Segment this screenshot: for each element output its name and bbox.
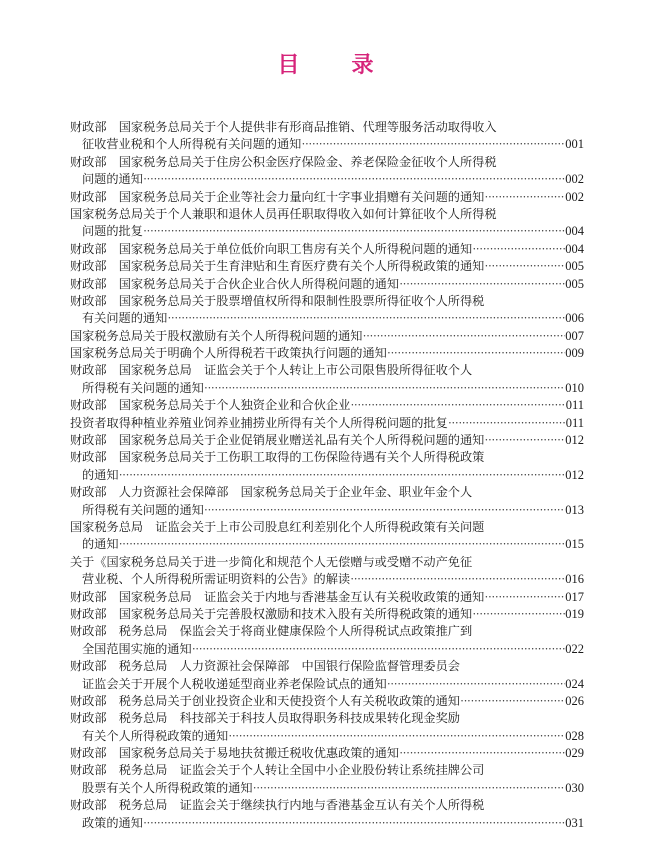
toc-page-number: 011 xyxy=(566,415,584,432)
toc-entry-line: 财政部 税务总局关于创业投资企业和天使投资个人有关税收政策的通知026 xyxy=(70,693,584,710)
toc-entry[interactable]: 财政部 税务总局 证监会关于个人转让全国中小企业股份转让系统挂牌公司股票有关个人… xyxy=(70,762,584,797)
toc-entry-title: 国家税务总局关于股权激励有关个人所得税问题的通知 xyxy=(70,328,363,345)
dot-leader xyxy=(204,380,565,397)
toc-entry[interactable]: 财政部 税务总局 保监会关于将商业健康保险个人所得税试点政策推广到全国范围实施的… xyxy=(70,623,584,658)
dot-leader xyxy=(484,589,565,606)
toc-entry-line: 国家税务总局关于股权激励有关个人所得税问题的通知007 xyxy=(70,328,584,345)
dot-leader xyxy=(119,467,566,484)
toc-page-number: 031 xyxy=(565,815,584,832)
dot-leader xyxy=(387,345,565,362)
toc-entry[interactable]: 财政部 国家税务总局关于个人提供非有形商品推销、代理等服务活动取得收入征收营业税… xyxy=(70,119,584,154)
toc-entry-title: 政策的通知 xyxy=(82,815,143,832)
toc-entry-title: 财政部 国家税务总局关于个人独资企业和合伙企业 xyxy=(70,397,350,414)
toc-entry[interactable]: 财政部 国家税务总局关于合伙企业合伙人所得税问题的通知005 xyxy=(70,276,584,293)
toc-entry-line: 财政部 国家税务总局关于个人提供非有形商品推销、代理等服务活动取得收入 xyxy=(70,119,584,136)
toc-entry-title: 财政部 国家税务总局关于股票增值权所得和限制性股票所得征收个人所得税 xyxy=(70,293,484,310)
dot-leader xyxy=(204,502,565,519)
toc-page-number: 029 xyxy=(565,745,584,762)
toc-page-number: 022 xyxy=(565,641,584,658)
toc-entry-title: 财政部 税务总局 证监会关于继续执行内地与香港基金互认有关个人所得税 xyxy=(70,797,484,814)
dot-leader xyxy=(472,606,565,623)
toc-entry-title: 财政部 国家税务总局 证监会关于内地与香港基金互认有关税收政策的通知 xyxy=(70,589,484,606)
toc-page-number: 030 xyxy=(565,780,584,797)
dot-leader xyxy=(228,728,565,745)
toc-entry-line: 财政部 税务总局 保监会关于将商业健康保险个人所得税试点政策推广到 xyxy=(70,623,584,640)
toc-entry-continuation-line: 全国范围实施的通知022 xyxy=(70,641,584,658)
toc-entry[interactable]: 国家税务总局 证监会关于上市公司股息红利差别化个人所得税政策有关问题的通知015 xyxy=(70,519,584,554)
dot-leader xyxy=(350,397,565,414)
toc-entry-title: 财政部 国家税务总局 证监会关于个人转让上市公司限售股所得征收个人 xyxy=(70,362,472,379)
dot-leader xyxy=(460,693,565,710)
title-char-1: 目 xyxy=(277,48,299,79)
toc-entry[interactable]: 财政部 国家税务总局关于企业等社会力量向红十字事业捐赠有关问题的通知002 xyxy=(70,189,584,206)
toc-page-number: 001 xyxy=(565,136,584,153)
dot-leader xyxy=(192,641,566,658)
toc-entry-title: 财政部 国家税务总局关于生育津贴和生育医疗费有关个人所得税政策的通知 xyxy=(70,258,484,275)
toc-entry-title: 财政部 国家税务总局关于单位低价向职工售房有关个人所得税问题的通知 xyxy=(70,241,472,258)
toc-entry[interactable]: 财政部 国家税务总局关于工伤职工取得的工伤保险待遇有关个人所得税政策的通知012 xyxy=(70,449,584,484)
toc-entry[interactable]: 财政部 税务总局 证监会关于继续执行内地与香港基金互认有关个人所得税政策的通知0… xyxy=(70,797,584,832)
dot-leader xyxy=(484,432,565,449)
toc-entry-continuation-line: 营业税、个人所得税所需证明资料的公告》的解读016 xyxy=(70,571,584,588)
table-of-contents: 财政部 国家税务总局关于个人提供非有形商品推销、代理等服务活动取得收入征收营业税… xyxy=(70,119,584,832)
dot-leader xyxy=(399,745,565,762)
toc-entry-line: 财政部 国家税务总局 证监会关于个人转让上市公司限售股所得征收个人 xyxy=(70,362,584,379)
dot-leader xyxy=(363,328,566,345)
toc-entry-title: 有关个人所得税政策的通知 xyxy=(82,728,228,745)
toc-entry-line: 关于《国家税务总局关于进一步简化和规范个人无偿赠与或受赠不动产免征 xyxy=(70,554,584,571)
toc-entry-title: 财政部 税务总局 科技部关于科技人员取得职务科技成果转化现金奖励 xyxy=(70,710,460,727)
toc-page-number: 005 xyxy=(565,258,584,275)
dot-leader xyxy=(472,241,565,258)
toc-entry-line: 财政部 税务总局 科技部关于科技人员取得职务科技成果转化现金奖励 xyxy=(70,710,584,727)
dot-leader xyxy=(350,571,565,588)
toc-page-number: 026 xyxy=(565,693,584,710)
dot-leader xyxy=(167,310,565,327)
toc-entry-title: 问题的批复 xyxy=(82,223,143,240)
toc-entry[interactable]: 财政部 税务总局 科技部关于科技人员取得职务科技成果转化现金奖励有关个人所得税政… xyxy=(70,710,584,745)
toc-entry-title: 财政部 国家税务总局关于合伙企业合伙人所得税问题的通知 xyxy=(70,276,399,293)
toc-entry[interactable]: 财政部 国家税务总局关于生育津贴和生育医疗费有关个人所得税政策的通知005 xyxy=(70,258,584,275)
toc-entry[interactable]: 财政部 国家税务总局关于股票增值权所得和限制性股票所得征收个人所得税有关问题的通… xyxy=(70,293,584,328)
toc-entry[interactable]: 投资者取得种植业养殖业饲养业捕捞业所得有关个人所得税问题的批复011 xyxy=(70,415,584,432)
title-char-2: 录 xyxy=(352,48,374,79)
toc-page-number: 009 xyxy=(565,345,584,362)
toc-entry-line: 财政部 国家税务总局关于合伙企业合伙人所得税问题的通知005 xyxy=(70,276,584,293)
toc-entry-line: 财政部 国家税务总局关于股票增值权所得和限制性股票所得征收个人所得税 xyxy=(70,293,584,310)
toc-entry[interactable]: 财政部 国家税务总局关于企业促销展业赠送礼品有关个人所得税问题的通知012 xyxy=(70,432,584,449)
toc-entry-title: 财政部 税务总局 证监会关于个人转让全国中小企业股份转让系统挂牌公司 xyxy=(70,762,484,779)
toc-entry-title: 关于《国家税务总局关于进一步简化和规范个人无偿赠与或受赠不动产免征 xyxy=(70,554,472,571)
dot-leader xyxy=(484,258,565,275)
toc-entry-line: 财政部 税务总局 人力资源社会保障部 中国银行保险监督管理委员会 xyxy=(70,658,584,675)
dot-leader xyxy=(484,189,565,206)
dot-leader xyxy=(119,536,566,553)
toc-entry-continuation-line: 所得税有关问题的通知013 xyxy=(70,502,584,519)
toc-entry-continuation-line: 的通知012 xyxy=(70,467,584,484)
toc-entry-line: 财政部 国家税务总局关于工伤职工取得的工伤保险待遇有关个人所得税政策 xyxy=(70,449,584,466)
toc-page-number: 004 xyxy=(565,223,584,240)
toc-entry[interactable]: 国家税务总局关于明确个人所得税若干政策执行问题的通知009 xyxy=(70,345,584,362)
toc-entry-line: 财政部 国家税务总局关于生育津贴和生育医疗费有关个人所得税政策的通知005 xyxy=(70,258,584,275)
toc-entry-title: 有关问题的通知 xyxy=(82,310,167,327)
toc-page-number: 004 xyxy=(565,241,584,258)
toc-entry[interactable]: 国家税务总局关于个人兼职和退休人员再任职取得收入如何计算征收个人所得税问题的批复… xyxy=(70,206,584,241)
toc-entry-line: 财政部 国家税务总局关于易地扶贫搬迁税收优惠政策的通知029 xyxy=(70,745,584,762)
toc-entry[interactable]: 财政部 国家税务总局关于单位低价向职工售房有关个人所得税问题的通知004 xyxy=(70,241,584,258)
toc-entry-title: 财政部 国家税务总局关于住房公积金医疗保险金、养老保险金征收个人所得税 xyxy=(70,154,497,171)
toc-entry-line: 财政部 税务总局 证监会关于个人转让全国中小企业股份转让系统挂牌公司 xyxy=(70,762,584,779)
toc-entry-title: 财政部 税务总局 保监会关于将商业健康保险个人所得税试点政策推广到 xyxy=(70,623,472,640)
toc-entry-title: 所得税有关问题的通知 xyxy=(82,502,204,519)
toc-page-number: 007 xyxy=(565,328,584,345)
toc-page-number: 015 xyxy=(565,536,584,553)
toc-entry-continuation-line: 有关个人所得税政策的通知028 xyxy=(70,728,584,745)
toc-entry-line: 国家税务总局关于个人兼职和退休人员再任职取得收入如何计算征收个人所得税 xyxy=(70,206,584,223)
page-title: 目录 xyxy=(0,48,651,79)
toc-entry-title: 财政部 国家税务总局关于企业促销展业赠送礼品有关个人所得税问题的通知 xyxy=(70,432,484,449)
toc-page-number: 016 xyxy=(565,571,584,588)
toc-entry-line: 国家税务总局 证监会关于上市公司股息红利差别化个人所得税政策有关问题 xyxy=(70,519,584,536)
dot-leader xyxy=(448,415,566,432)
toc-entry-continuation-line: 证监会关于开展个人税收递延型商业养老保险试点的通知024 xyxy=(70,676,584,693)
toc-entry-line: 财政部 国家税务总局关于住房公积金医疗保险金、养老保险金征收个人所得税 xyxy=(70,154,584,171)
toc-page-number: 024 xyxy=(565,676,584,693)
toc-entry-title: 的通知 xyxy=(82,467,119,484)
dot-leader xyxy=(301,136,565,153)
toc-entry[interactable]: 财政部 国家税务总局关于住房公积金医疗保险金、养老保险金征收个人所得税问题的通知… xyxy=(70,154,584,189)
toc-entry[interactable]: 国家税务总局关于股权激励有关个人所得税问题的通知007 xyxy=(70,328,584,345)
toc-page-number: 002 xyxy=(565,171,584,188)
toc-entry[interactable]: 财政部 国家税务总局关于易地扶贫搬迁税收优惠政策的通知029 xyxy=(70,745,584,762)
toc-entry-line: 财政部 国家税务总局关于完善股权激励和技术入股有关所得税政策的通知019 xyxy=(70,606,584,623)
toc-entry-continuation-line: 征收营业税和个人所得税有关问题的通知001 xyxy=(70,136,584,153)
toc-entry-title: 股票有关个人所得税政策的通知 xyxy=(82,780,253,797)
toc-entry-continuation-line: 问题的通知002 xyxy=(70,171,584,188)
toc-entry-line: 财政部 国家税务总局关于企业等社会力量向红十字事业捐赠有关问题的通知002 xyxy=(70,189,584,206)
toc-entry[interactable]: 财政部 国家税务总局 证监会关于内地与香港基金互认有关税收政策的通知017 xyxy=(70,589,584,606)
toc-entry-title: 财政部 税务总局关于创业投资企业和天使投资个人有关税收政策的通知 xyxy=(70,693,460,710)
toc-entry-line: 财政部 人力资源社会保障部 国家税务总局关于企业年金、职业年金个人 xyxy=(70,484,584,501)
toc-page-number: 011 xyxy=(566,397,584,414)
toc-entry-title: 财政部 国家税务总局关于企业等社会力量向红十字事业捐赠有关问题的通知 xyxy=(70,189,484,206)
dot-leader xyxy=(253,780,566,797)
toc-entry-title: 的通知 xyxy=(82,536,119,553)
toc-page-number: 006 xyxy=(565,310,584,327)
toc-page-number: 010 xyxy=(565,380,584,397)
toc-page-number: 012 xyxy=(565,432,584,449)
toc-page-number: 013 xyxy=(565,502,584,519)
dot-leader xyxy=(387,676,566,693)
toc-page-number: 005 xyxy=(565,276,584,293)
toc-entry-title: 证监会关于开展个人税收递延型商业养老保险试点的通知 xyxy=(82,676,387,693)
toc-page-number: 017 xyxy=(565,589,584,606)
toc-page-number: 002 xyxy=(565,189,584,206)
toc-entry-title: 全国范围实施的通知 xyxy=(82,641,192,658)
toc-entry-title: 营业税、个人所得税所需证明资料的公告》的解读 xyxy=(82,571,350,588)
toc-entry-continuation-line: 有关问题的通知006 xyxy=(70,310,584,327)
toc-entry-line: 财政部 国家税务总局关于企业促销展业赠送礼品有关个人所得税问题的通知012 xyxy=(70,432,584,449)
toc-entry-title: 国家税务总局 证监会关于上市公司股息红利差别化个人所得税政策有关问题 xyxy=(70,519,484,536)
toc-entry-title: 问题的通知 xyxy=(82,171,143,188)
toc-entry[interactable]: 财政部 国家税务总局 证监会关于个人转让上市公司限售股所得征收个人所得税有关问题… xyxy=(70,362,584,397)
toc-entry-title: 财政部 国家税务总局关于易地扶贫搬迁税收优惠政策的通知 xyxy=(70,745,399,762)
toc-entry-line: 财政部 国家税务总局关于单位低价向职工售房有关个人所得税问题的通知004 xyxy=(70,241,584,258)
toc-entry[interactable]: 财政部 税务总局关于创业投资企业和天使投资个人有关税收政策的通知026 xyxy=(70,693,584,710)
toc-entry-continuation-line: 的通知015 xyxy=(70,536,584,553)
toc-page-number: 019 xyxy=(565,606,584,623)
dot-leader xyxy=(143,223,565,240)
toc-entry[interactable]: 财政部 国家税务总局关于完善股权激励和技术入股有关所得税政策的通知019 xyxy=(70,606,584,623)
toc-entry-line: 财政部 国家税务总局关于个人独资企业和合伙企业011 xyxy=(70,397,584,414)
toc-entry-title: 国家税务总局关于明确个人所得税若干政策执行问题的通知 xyxy=(70,345,387,362)
toc-entry[interactable]: 财政部 人力资源社会保障部 国家税务总局关于企业年金、职业年金个人所得税有关问题… xyxy=(70,484,584,519)
toc-entry-line: 投资者取得种植业养殖业饲养业捕捞业所得有关个人所得税问题的批复011 xyxy=(70,415,584,432)
dot-leader xyxy=(143,171,565,188)
toc-entry-continuation-line: 股票有关个人所得税政策的通知030 xyxy=(70,780,584,797)
toc-entry[interactable]: 财政部 税务总局 人力资源社会保障部 中国银行保险监督管理委员会证监会关于开展个… xyxy=(70,658,584,693)
toc-entry-title: 国家税务总局关于个人兼职和退休人员再任职取得收入如何计算征收个人所得税 xyxy=(70,206,497,223)
toc-entry-line: 财政部 国家税务总局 证监会关于内地与香港基金互认有关税收政策的通知017 xyxy=(70,589,584,606)
toc-entry-title: 所得税有关问题的通知 xyxy=(82,380,204,397)
toc-entry-title: 财政部 人力资源社会保障部 国家税务总局关于企业年金、职业年金个人 xyxy=(70,484,472,501)
toc-entry[interactable]: 关于《国家税务总局关于进一步简化和规范个人无偿赠与或受赠不动产免征营业税、个人所… xyxy=(70,554,584,589)
toc-entry-title: 财政部 税务总局 人力资源社会保障部 中国银行保险监督管理委员会 xyxy=(70,658,460,675)
toc-entry-continuation-line: 问题的批复004 xyxy=(70,223,584,240)
toc-entry-line: 财政部 税务总局 证监会关于继续执行内地与香港基金互认有关个人所得税 xyxy=(70,797,584,814)
toc-entry-line: 国家税务总局关于明确个人所得税若干政策执行问题的通知009 xyxy=(70,345,584,362)
toc-entry-title: 投资者取得种植业养殖业饲养业捕捞业所得有关个人所得税问题的批复 xyxy=(70,415,448,432)
toc-entry-title: 财政部 国家税务总局关于工伤职工取得的工伤保险待遇有关个人所得税政策 xyxy=(70,449,484,466)
toc-entry-title: 财政部 国家税务总局关于个人提供非有形商品推销、代理等服务活动取得收入 xyxy=(70,119,497,136)
toc-entry-continuation-line: 政策的通知031 xyxy=(70,815,584,832)
toc-entry[interactable]: 财政部 国家税务总局关于个人独资企业和合伙企业011 xyxy=(70,397,584,414)
toc-entry-continuation-line: 所得税有关问题的通知010 xyxy=(70,380,584,397)
dot-leader xyxy=(399,276,565,293)
toc-page-number: 012 xyxy=(565,467,584,484)
toc-entry-title: 财政部 国家税务总局关于完善股权激励和技术入股有关所得税政策的通知 xyxy=(70,606,472,623)
toc-page-number: 028 xyxy=(565,728,584,745)
toc-entry-title: 征收营业税和个人所得税有关问题的通知 xyxy=(82,136,301,153)
dot-leader xyxy=(143,815,565,832)
